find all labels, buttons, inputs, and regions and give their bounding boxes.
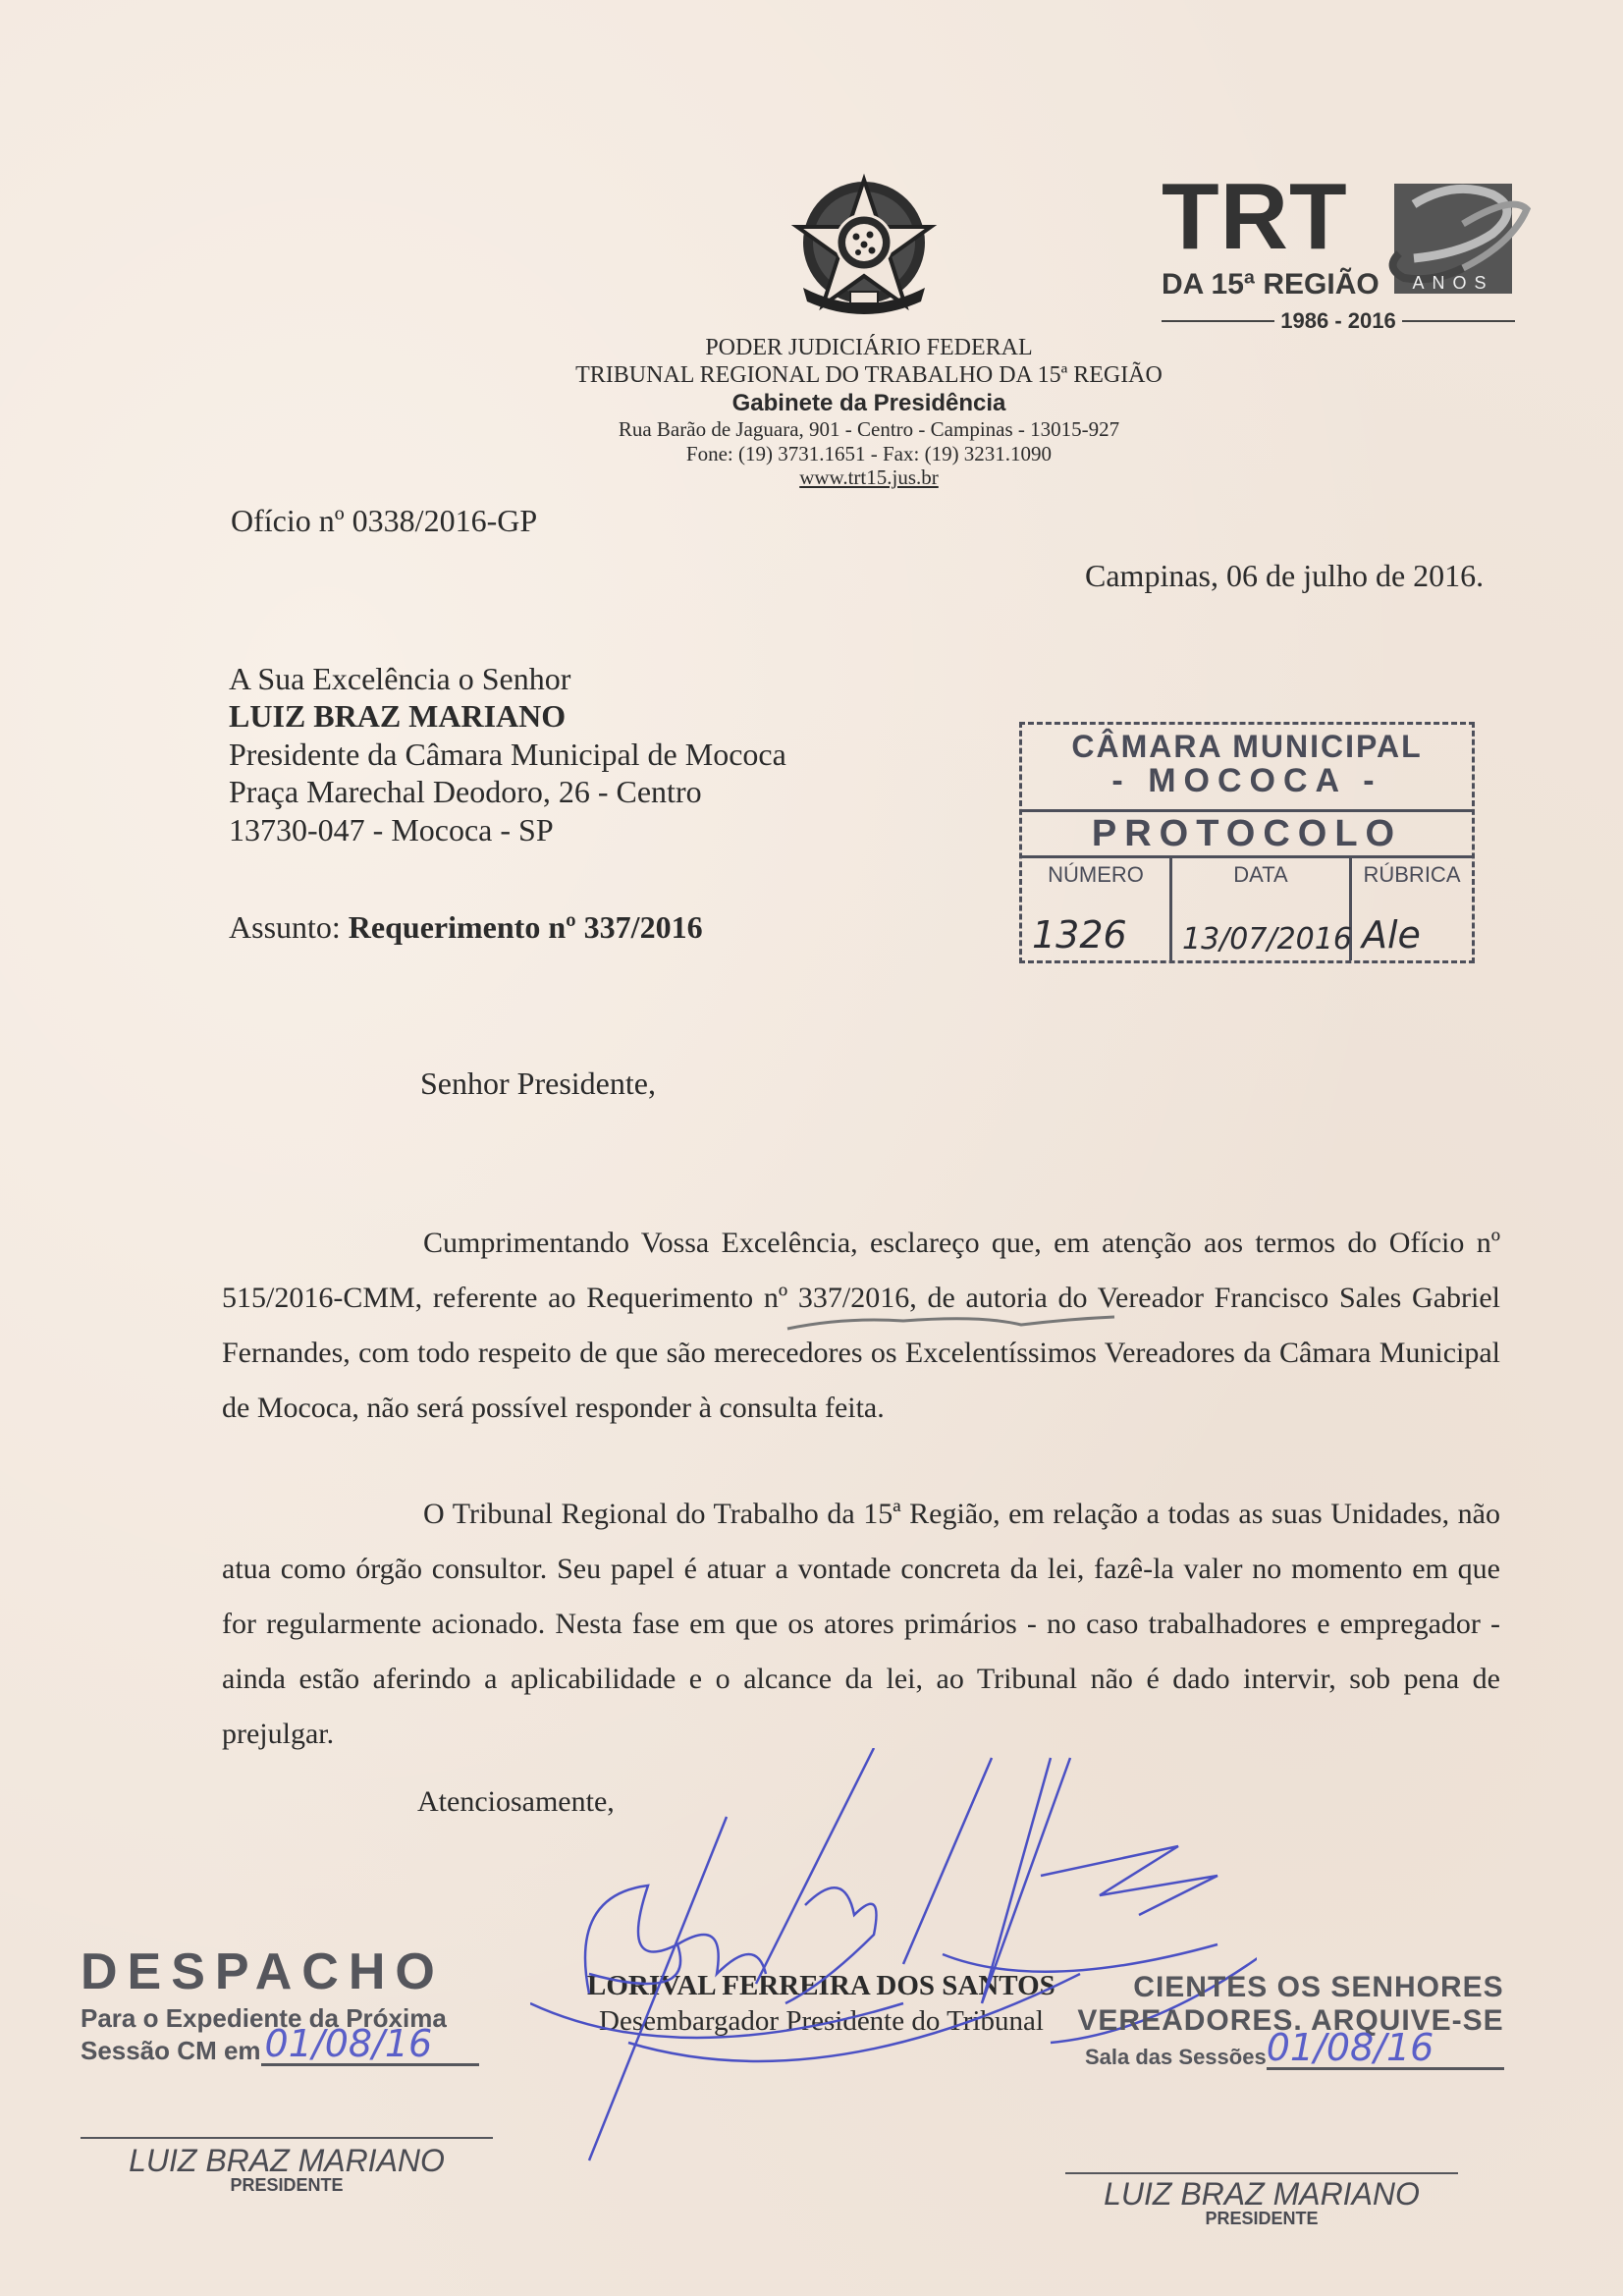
- recipient-city: 13730-047 - Mococa - SP: [229, 811, 786, 848]
- despacho-line-2: Sessão CM em: [81, 2036, 261, 2065]
- cientes-stamp: CIENTES OS SENHORES VEREADORES. ARQUIVE-…: [1060, 1971, 1504, 2070]
- subject-line: Assunto: Requerimento nº 337/2016: [229, 909, 703, 946]
- stamp-date-label: DATA: [1172, 858, 1349, 888]
- greeting: Senhor Presidente,: [420, 1066, 656, 1102]
- stamp-number-value: 1326: [1032, 913, 1127, 957]
- letterhead-phone: Fone: (19) 3731.1651 - Fax: (19) 3231.10…: [511, 442, 1227, 466]
- cientes-line-1: CIENTES OS SENHORES: [1060, 1971, 1504, 2004]
- paragraph-2-text: O Tribunal Regional do Trabalho da 15ª R…: [222, 1498, 1500, 1750]
- letterhead: PODER JUDICIÁRIO FEDERAL TRIBUNAL REGION…: [511, 334, 1227, 490]
- despacho-president-name: LUIZ BRAZ MARIANO: [81, 2139, 493, 2179]
- stamp-number-cell: NÚMERO 1326: [1022, 858, 1172, 960]
- cientes-president: LUIZ BRAZ MARIANO PRESIDENTE: [1065, 2172, 1458, 2229]
- recipient-name: LUIZ BRAZ MARIANO: [229, 697, 786, 735]
- logo-years-text: 1986 - 2016: [1274, 308, 1401, 334]
- letterhead-line-2: TRIBUNAL REGIONAL DO TRABALHO DA 15ª REG…: [511, 361, 1227, 389]
- subject-value: Requerimento nº 337/2016: [349, 909, 703, 945]
- protocol-stamp: CÂMARA MUNICIPAL - MOCOCA - PROTOCOLO NÚ…: [1019, 722, 1475, 963]
- letterhead-office: Gabinete da Presidência: [511, 390, 1227, 417]
- letterhead-website[interactable]: www.trt15.jus.br: [511, 465, 1227, 490]
- despacho-stamp: DESPACHO Para o Expediente da Próxima Se…: [81, 1942, 479, 2066]
- stamp-number-label: NÚMERO: [1022, 858, 1169, 888]
- letterhead-line-1: PODER JUDICIÁRIO FEDERAL: [511, 334, 1227, 361]
- logo-anos: ANOS: [1394, 273, 1512, 294]
- despacho-title: DESPACHO: [81, 1942, 479, 2001]
- logo-years: 1986 - 2016: [1162, 308, 1515, 334]
- dateline: Campinas, 06 de julho de 2016.: [1085, 558, 1484, 594]
- recipient-street: Praça Marechal Deodoro, 26 - Centro: [229, 773, 786, 810]
- despacho-line-2-wrap: Sessão CM em01/08/16: [81, 2036, 479, 2066]
- subject-label: Assunto:: [229, 909, 341, 945]
- handwritten-signature-icon: [530, 1748, 1257, 2170]
- despacho-president: LUIZ BRAZ MARIANO PRESIDENTE: [81, 2137, 493, 2196]
- stamp-date-cell: DATA 13/07/2016: [1172, 858, 1352, 960]
- cientes-date-field: 01/08/16: [1267, 2042, 1504, 2070]
- stamp-city: - MOCOCA -: [1022, 764, 1472, 799]
- cientes-line-3-wrap: Sala das Sessões01/08/16: [1060, 2042, 1504, 2070]
- stamp-rubric-label: RÚBRICA: [1352, 858, 1472, 888]
- stamp-rubric-cell: RÚBRICA Ale: [1352, 858, 1472, 960]
- recipient-block: A Sua Excelência o Senhor LUIZ BRAZ MARI…: [229, 660, 786, 848]
- logo-region: DA 15ª REGIÃO: [1162, 270, 1380, 300]
- letterhead-address: Rua Barão de Jaguara, 901 - Centro - Cam…: [511, 417, 1227, 442]
- stamp-protocol-title: PROTOCOLO: [1022, 812, 1472, 858]
- despacho-date-field: 01/08/16: [261, 2038, 479, 2066]
- recipient-title: Presidente da Câmara Municipal de Mococa: [229, 736, 786, 773]
- stamp-rubric-value: Ale: [1362, 913, 1421, 957]
- stamp-chamber: CÂMARA MUNICIPAL: [1022, 725, 1472, 764]
- document-reference: Ofício nº 0338/2016-GP: [231, 503, 537, 539]
- cientes-line-3: Sala das Sessões: [1085, 2045, 1267, 2069]
- pencil-underline-mark: [785, 1311, 1119, 1335]
- paragraph-2: O Tribunal Regional do Trabalho da 15ª R…: [222, 1487, 1500, 1762]
- recipient-salutation: A Sua Excelência o Senhor: [229, 660, 786, 697]
- brazil-coat-of-arms-icon: [785, 172, 943, 324]
- cientes-date: 01/08/16: [1267, 2026, 1434, 2069]
- stamp-date-value: 13/07/2016: [1182, 922, 1352, 957]
- cientes-president-name: LUIZ BRAZ MARIANO: [1065, 2174, 1458, 2213]
- despacho-date: 01/08/16: [265, 2022, 433, 2065]
- logo-acronym: TRT: [1162, 170, 1348, 264]
